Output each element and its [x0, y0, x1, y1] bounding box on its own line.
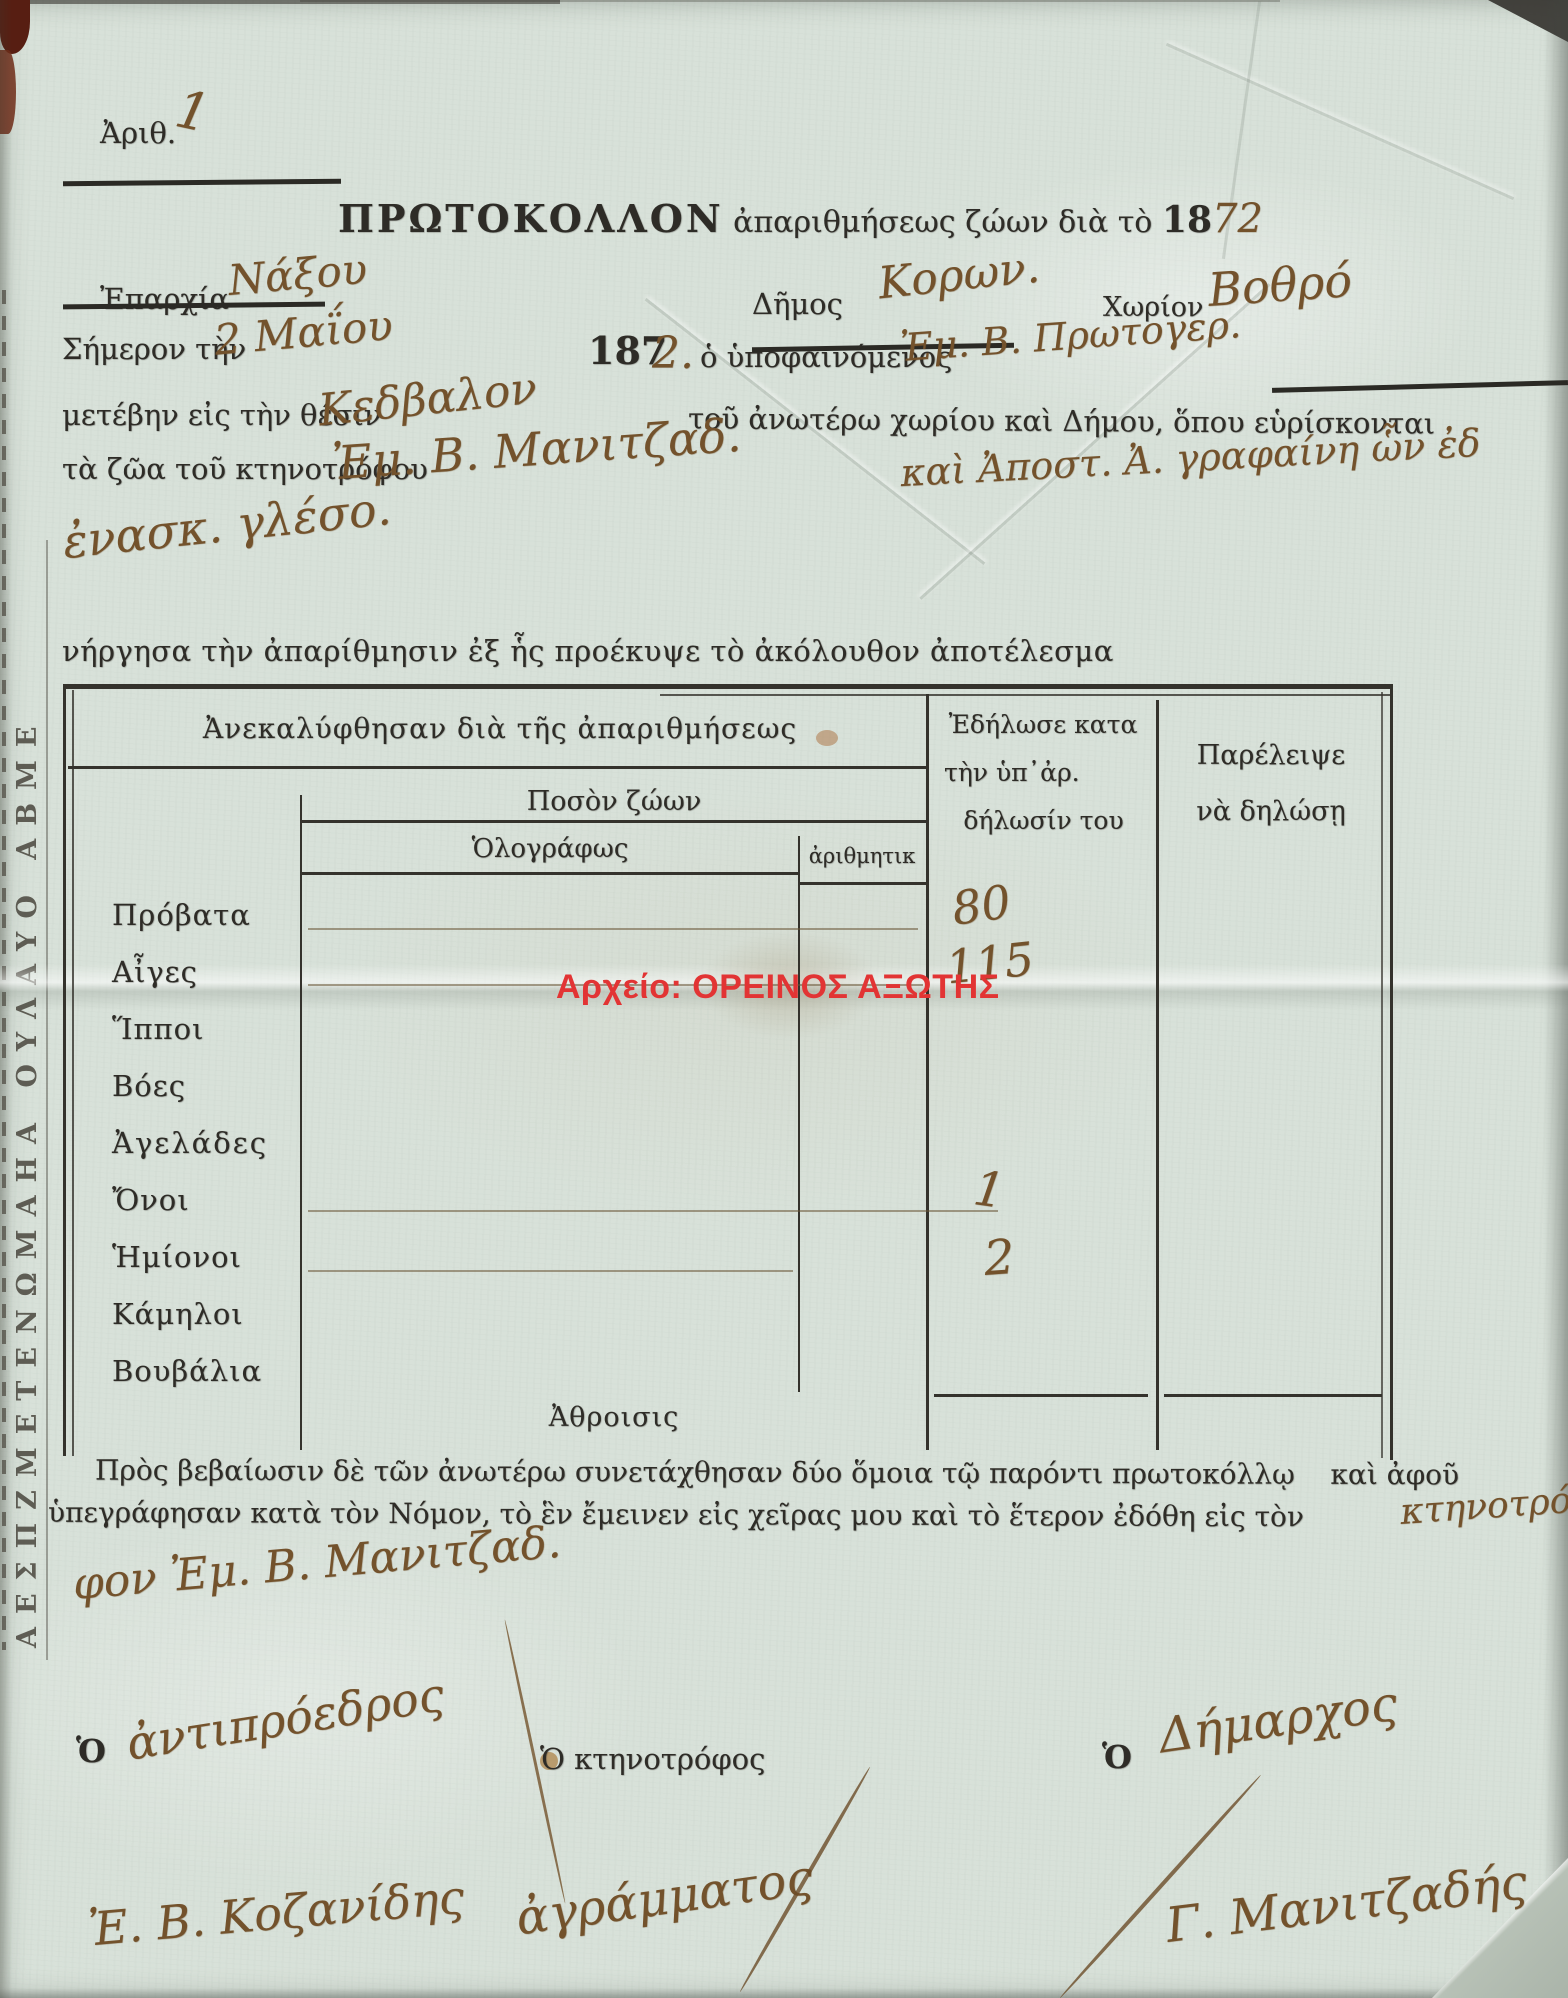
title-rest: ἀπαριθμήσεως ζώων διὰ τὸ: [724, 205, 1162, 240]
row-label-oxen: Βόες: [112, 1069, 186, 1103]
signature-left-article: Ὁ: [76, 1732, 106, 1770]
table-divider-labels: [300, 795, 302, 1450]
table-top-border: [63, 684, 1393, 689]
handwritten-eparchia: Νάξου: [226, 244, 369, 305]
signature-right-article: Ὁ: [1102, 1738, 1132, 1776]
column-header-discovered: Ἀνεκαλύφθησαν διὰ τῆς ἀπαριθμήσεως: [80, 712, 920, 745]
handwritten-count-sheep: 80: [949, 874, 1014, 936]
handwritten-dimos: Κορων.: [876, 242, 1042, 310]
handwritten-count-mules: 2: [982, 1229, 1016, 1287]
handwritten-signature-middle: ἀγράμματος: [513, 1849, 817, 1946]
column-header-arithmetic: ἀριθμητικ: [798, 844, 926, 868]
table-left-border: [63, 684, 66, 1456]
table-divider-declared: [1156, 700, 1159, 1450]
row-rule: [308, 1270, 793, 1272]
dimos-label: Δῆμος: [752, 287, 843, 321]
handwritten-document-number: 1: [170, 79, 215, 145]
scanned-document: ΑΕΣΠΖΜΕΤΕΝΩΜΑΗΑ ΟΥΛΑΥΟ ΑΒΜΕ Ἀριθ. 1 ΠΡΩΤ…: [0, 0, 1568, 1998]
row-label-camels: Κάμηλοι: [112, 1297, 244, 1331]
number-underline: [63, 179, 341, 186]
page-title: ΠΡΩΤΟΚΟΛΛΟΝ ἀπαριθμήσεως ζώων διὰ τὸ 187…: [338, 196, 1263, 242]
title-word: ΠΡΩΤΟΚΟΛΛΟΝ: [338, 196, 724, 241]
table-headerline-holographos: [302, 872, 798, 875]
handwritten-year-digit: 2.: [652, 328, 694, 379]
chorion-underline: [1272, 380, 1568, 393]
handwritten-signature-right-name: Γ. Μανιτζαδής: [1163, 1854, 1530, 1954]
table-right-border: [1390, 686, 1393, 1460]
top-edge-shadow-2: [300, 0, 1280, 2]
spine-thin-line: [46, 540, 48, 1660]
handwritten-official-name: Ἐμ. Β. Πρωτογερ.: [899, 302, 1242, 370]
table-top-border-inner: [660, 694, 1393, 696]
signature-middle-label: Ὁ κτηνοτρόφος: [540, 1742, 765, 1776]
signature-right-flourish: [1059, 1774, 1263, 1998]
eparchia-label: Ἐπαρχία: [100, 282, 229, 316]
table-divider-arithmetic: [926, 694, 929, 1450]
bottom-edge-shadow: [0, 1988, 1568, 1998]
table-divider-holographos: [798, 836, 800, 1392]
handwritten-date: 2 Μαΐου: [212, 300, 394, 364]
table-headerline-discovered: [68, 766, 926, 769]
footer-paragraph-line2: ὑπεγράφησαν κατὰ τὸν Νόμον, τὸ ἓν ἔμεινε…: [48, 1496, 1304, 1533]
column-header-declared-line3: δήλωσίν του: [936, 806, 1151, 835]
table-bottom-omitted-col: [1164, 1394, 1382, 1397]
column-header-declared-line1: Ἐδήλωσε κατα: [932, 710, 1154, 739]
footer-paragraph-line1: Πρὸς βεβαίωσιν δὲ τῶν ἀνωτέρω συνετάχθησ…: [95, 1454, 1459, 1492]
column-header-omitted-line1: Παρέλειψε: [1160, 740, 1382, 771]
row-label-sheep: Πρόβατα: [112, 898, 251, 932]
row-label-mules: Ἡμίονοι: [112, 1240, 242, 1274]
row-label-donkeys: Ὄνοι: [112, 1183, 190, 1217]
archive-watermark: Αρχείο: ΟΡΕΙΝΟΣ ΑΞΩΤΗΣ: [556, 968, 1000, 1007]
column-header-quantity: Ποσὸν ζώων: [302, 786, 926, 817]
handwritten-title-year: 72: [1212, 196, 1263, 242]
column-header-holographos: Ὁλογράφως: [302, 834, 798, 864]
sum-label: Ἀθροισις: [302, 1402, 926, 1433]
table-left-border-inner: [72, 690, 74, 1456]
row-label-buffalo: Βουβάλια: [112, 1354, 262, 1388]
handwritten-paragraph-line3: φον Ἐμ. Β. Μανιτζαδ.: [71, 1517, 563, 1610]
body-line5: νήργησα τὴν ἀπαρίθμησιν ἐξ ἧς προέκυψε τ…: [62, 634, 1114, 668]
row-label-horses: Ἵπποι: [112, 1012, 204, 1046]
table-headerline-quantity: [302, 820, 926, 823]
handwritten-signature-left-title: ἀντιπρόεδρος: [123, 1667, 448, 1770]
row-label-cows: Ἀγελάδες: [112, 1126, 268, 1160]
handwritten-signature-left-name: Ἐ. Β. Κοζανίδης: [86, 1870, 466, 1957]
row-label-goats: Αἶγες: [112, 955, 198, 989]
table-bottom-declared-col: [934, 1394, 1148, 1397]
document-number-label: Ἀριθ.: [100, 116, 176, 150]
column-header-omitted-line2: νὰ δηλώσῃ: [1160, 796, 1382, 827]
title-year-printed: 18: [1162, 199, 1212, 241]
row-rule: [308, 928, 918, 930]
handwritten-signature-right-title: Δήμαρχος: [1155, 1676, 1401, 1765]
diagonal-crease-3: [1166, 43, 1514, 200]
handwritten-line4: ἐνασκ. γλέσο.: [60, 481, 393, 569]
row-rule: [308, 1210, 998, 1212]
column-header-declared-line2: τὴν ὑπ᾽ἀρ.: [944, 758, 1159, 787]
table-headerline-arithmetic: [800, 882, 926, 885]
